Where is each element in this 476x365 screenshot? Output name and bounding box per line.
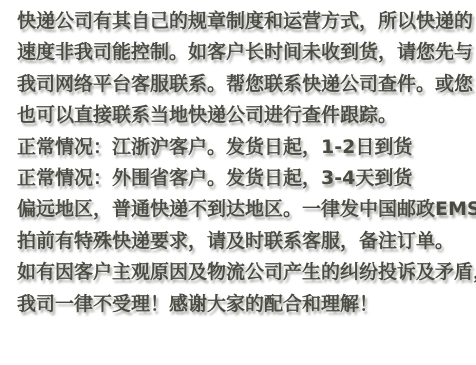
notice-line: 我司网络平台客服联系。帮您联系快递公司查件。或您 (17, 69, 472, 100)
notice-line: 也可以直接联系当地快递公司进行查件跟踪。 (17, 100, 472, 131)
notice-line: 正常情况：江浙沪客户。发货日起，1-2日到货 (17, 132, 472, 163)
notice-line: 正常情况：外围省客户。发货日起，3-4天到货 (17, 163, 472, 194)
notice-line: 速度非我司能控制。如客户长时间未收到货，请您先与 (17, 37, 472, 68)
shipping-notice: 快递公司有其自己的规章制度和运营方式，所以快递的 速度非我司能控制。如客户长时间… (0, 0, 476, 365)
notice-line: 偏远地区，普通快递不到达地区。一律发中国邮政EMS (17, 194, 472, 225)
notice-line: 快递公司有其自己的规章制度和运营方式，所以快递的 (17, 6, 472, 37)
notice-line: 拍前有特殊快递要求，请及时联系客服，备注订单。 (17, 226, 472, 257)
notice-line: 如有因客户主观原因及物流公司产生的纠纷投诉及矛盾， (17, 257, 472, 288)
notice-line: 我司一律不受理！感谢大家的配合和理解！ (17, 289, 472, 320)
